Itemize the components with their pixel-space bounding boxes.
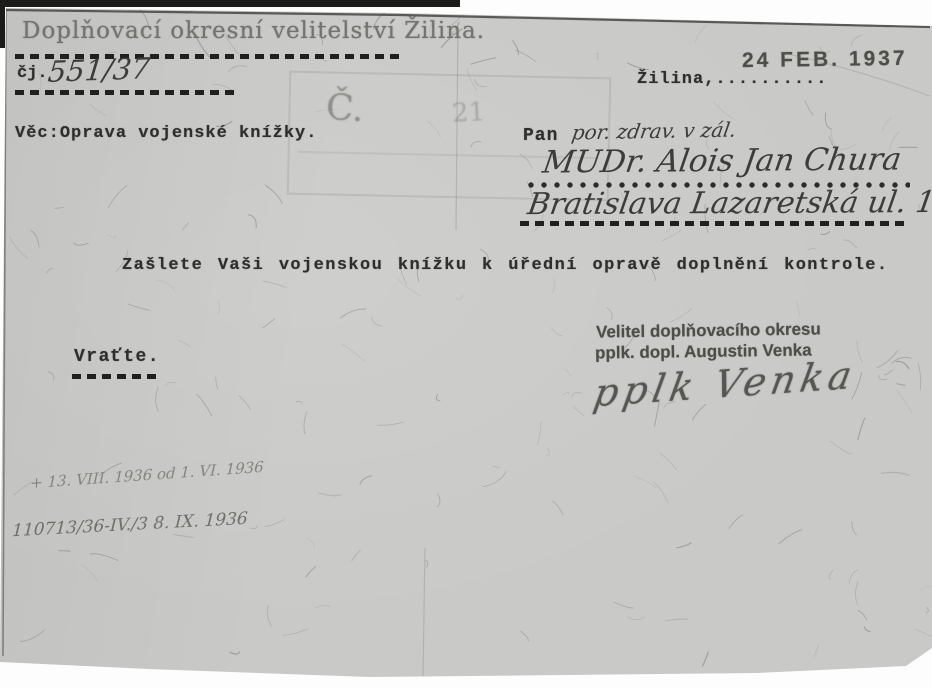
pencil-annotation-2: 110713/36-IV./3 8. IX. 1936 — [12, 509, 249, 541]
subject-label: Věc: — [15, 124, 60, 143]
addressee-salutation: Pan — [523, 126, 558, 146]
return-note-underline-dashes — [72, 374, 156, 379]
ghost-stamp-glyph: Č. — [325, 87, 365, 131]
scanner-edge-shadow-top — [0, 0, 460, 7]
body-text: Zašlete Vaši vojenskou knížku k úřední o… — [122, 256, 889, 275]
ghost-stamp-glyph-2: 21 — [451, 97, 486, 129]
ref-underline-dashes — [15, 90, 237, 95]
addressee-address-handwritten: Bratislava Lazaretská ul. 11 — [525, 185, 932, 222]
addressee-rank-handwritten: por. zdrav. v zál. — [570, 118, 738, 145]
ref-number-label: čj. — [17, 64, 48, 83]
subject-text: Oprava vojenské knížky. — [60, 124, 318, 143]
ref-number-handwritten: 551/37 — [46, 51, 152, 89]
address-underline-dashes — [520, 221, 910, 226]
scanner-edge-shadow-left — [0, 0, 5, 48]
return-note: Vraťte. — [74, 347, 160, 367]
pencil-annotation-1: + 13. VIII. 1936 od 1. VI. 1936 — [30, 458, 264, 492]
letter-paper-sheet: Č. 21 Doplňovací okresní velitelství Žil… — [0, 0, 932, 688]
commander-title-stamp: Velitel doplňovacího okresu — [596, 319, 821, 342]
place-dateline: Žilina,.......... — [637, 70, 827, 89]
addressee-name-handwritten: MUDr. Alois Jan Chura — [540, 141, 904, 180]
office-header-stamp: Doplňovací okresní velitelství Žilina. — [22, 18, 485, 44]
